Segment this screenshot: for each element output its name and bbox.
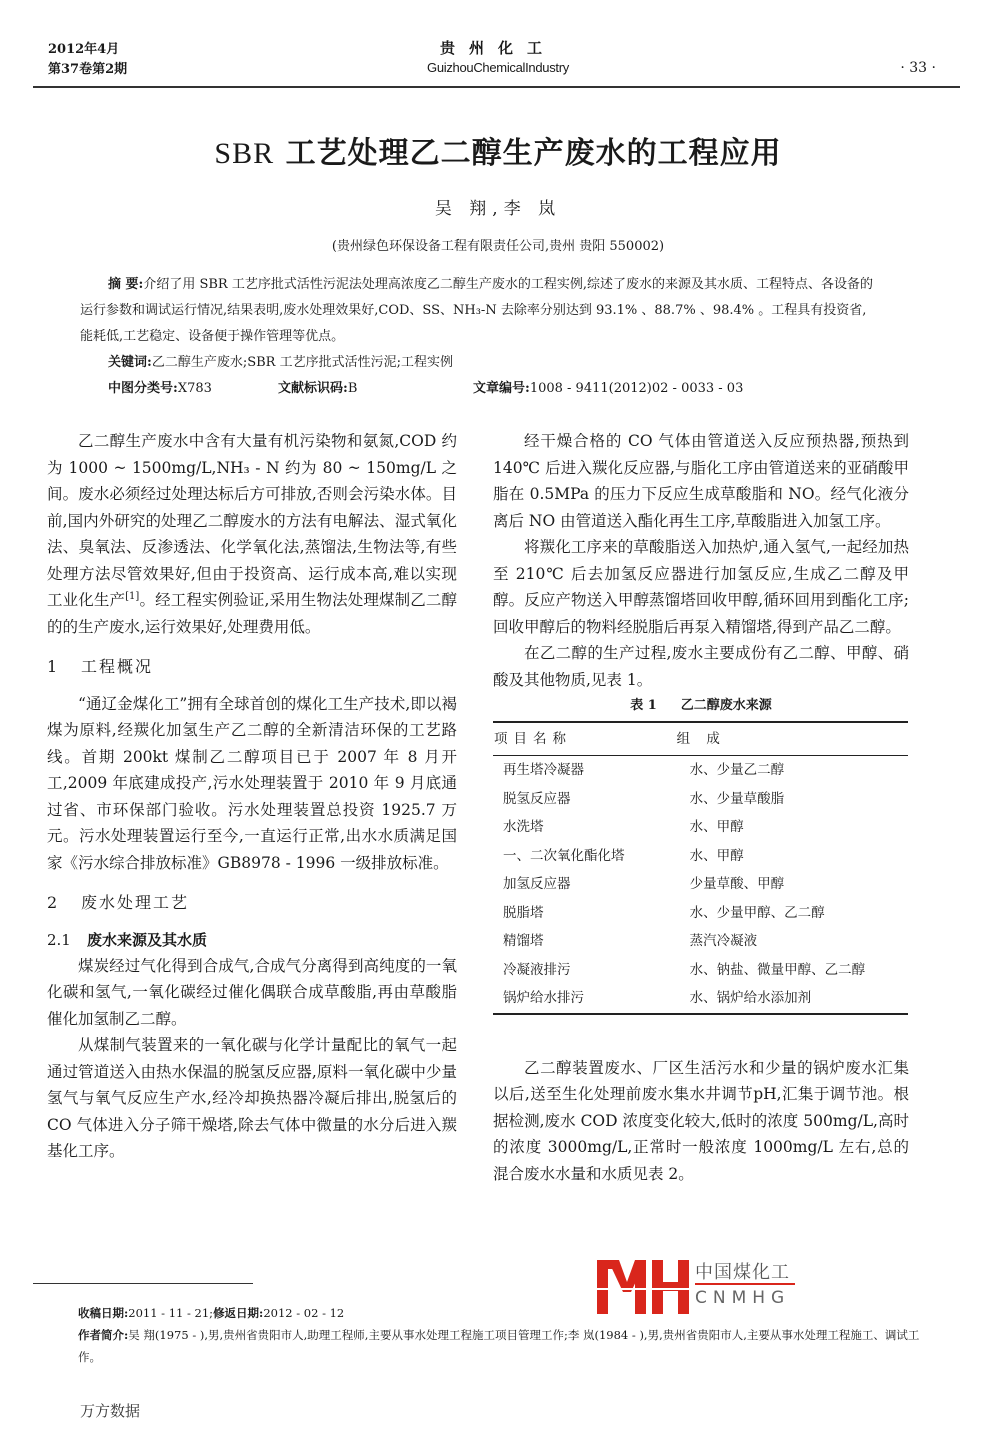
doc-code: 文献标识码:B [278, 376, 473, 402]
table-cell: 水、钠盐、微量甲醇、乙二醇 [676, 956, 908, 985]
table-cell: 少量草酸、甲醇 [676, 870, 908, 899]
revised-label: 修返日期: [213, 1306, 263, 1320]
right-paragraph-3: 在乙二醇的生产过程,废水主要成份有乙二醇、甲醇、硝酸及其他物质,见表 1。 [493, 640, 909, 693]
watermark-name-cn: 中国煤化工 [695, 1258, 790, 1284]
left-column: 乙二醇生产废水中含有大量有机污染物和氨氮,COD 约为 1000 ~ 1500m… [47, 428, 457, 1165]
table-cell: 精馏塔 [493, 927, 676, 956]
section21-paragraph-1: 煤炭经过气化得到合成气,合成气分离得到高纯度的一氧化碳和氢气,一氧化碳经过催化偶… [47, 953, 457, 1033]
table-cell: 脱脂塔 [493, 899, 676, 928]
journal-name-cn: 贵州化工 [0, 38, 996, 58]
table-cell: 锅炉给水排污 [493, 984, 676, 1014]
section-number: 1 [47, 654, 81, 681]
received-label: 收稿日期: [78, 1306, 128, 1320]
abstract: 摘 要:介绍了用 SBR 工艺序批式活性污泥法处理高浓度乙二醇生产废水的工程实例… [80, 272, 876, 350]
keywords-label: 关键词: [108, 355, 152, 370]
table-row: 一、二次氧化酯化塔水、甲醇 [493, 842, 908, 871]
title-cn: 工艺处理乙二醇生产废水的工程应用 [274, 136, 781, 171]
revised-date: 2012 - 02 - 12 [263, 1306, 344, 1320]
running-header-center: 贵州化工 GuizhouChemicalIndustry [0, 38, 996, 78]
dates-line: 收稿日期:2011 - 11 - 21;修返日期:2012 - 02 - 12 [78, 1302, 938, 1324]
right-paragraph-1: 经干燥合格的 CO 气体由管道送入反应预热器,预热到 140℃ 后进入羰化反应器… [493, 428, 909, 534]
table-cell: 水、少量乙二醇 [676, 756, 908, 785]
author-bio: 作者简介:吴 翔(1975 - ),男,贵州省贵阳市人,助理工程师,主要从事水处… [78, 1324, 938, 1368]
table-cell: 再生塔冷凝器 [493, 756, 676, 785]
table-caption: 表 1乙二醇废水来源 [493, 695, 909, 717]
table-row: 水洗塔水、甲醇 [493, 813, 908, 842]
keywords: 关键词:乙二醇生产废水;SBR 工艺序批式活性污泥;工程实例 [80, 350, 876, 376]
table-cell: 加氢反应器 [493, 870, 676, 899]
doc-code-value: B [348, 381, 358, 396]
section-heading-2: 2废水处理工艺 [47, 890, 457, 917]
article-number: 文章编号:1008 - 9411(2012)02 - 0033 - 03 [473, 376, 743, 402]
keywords-text: 乙二醇生产废水;SBR 工艺序批式活性污泥;工程实例 [152, 355, 453, 370]
section-title: 工程概况 [81, 657, 153, 676]
abstract-label: 摘 要: [108, 277, 143, 292]
source-watermark: 万方数据 [80, 1400, 140, 1421]
column-header: 组 成 [676, 722, 908, 756]
article-no-label: 文章编号: [473, 381, 530, 396]
section-heading-1: 1工程概况 [47, 654, 457, 681]
clc-label: 中图分类号: [108, 381, 178, 396]
table-cell: 水洗塔 [493, 813, 676, 842]
table-cell: 脱氢反应器 [493, 785, 676, 814]
section-number: 2 [47, 890, 81, 917]
affiliation: (贵州绿色环保设备工程有限责任公司,贵州 贵阳 550002) [0, 235, 996, 254]
classification-row: 中图分类号:X783 文献标识码:B 文章编号:1008 - 9411(2012… [80, 376, 876, 402]
table-cell: 水、少量草酸脂 [676, 785, 908, 814]
subsection-title: 废水来源及其水质 [87, 931, 207, 949]
table-cell: 冷凝液排污 [493, 956, 676, 985]
table-row: 脱脂塔水、少量甲醇、乙二醇 [493, 899, 908, 928]
column-header: 项目名称 [493, 722, 676, 756]
footnote-rule [33, 1283, 253, 1284]
article-no-value: 1008 - 9411(2012)02 - 0033 - 03 [530, 381, 744, 396]
table-row: 锅炉给水排污水、锅炉给水添加剂 [493, 984, 908, 1014]
right-paragraph-2: 将羰化工序来的草酸脂送入加热炉,通入氢气,一起经加热至 210℃ 后去加氢反应器… [493, 534, 909, 640]
table-cell: 水、甲醇 [676, 813, 908, 842]
table-row: 加氢反应器少量草酸、甲醇 [493, 870, 908, 899]
authors: 吴 翔,李 岚 [0, 194, 996, 219]
header-rule [33, 86, 960, 88]
table-cell: 一、二次氧化酯化塔 [493, 842, 676, 871]
table-header-row: 项目名称 组 成 [493, 722, 908, 756]
table-row: 冷凝液排污水、钠盐、微量甲醇、乙二醇 [493, 956, 908, 985]
bio-text: 吴 翔(1975 - ),男,贵州省贵阳市人,助理工程师,主要从事水处理工程施工… [78, 1328, 919, 1364]
journal-name-en: GuizhouChemicalIndustry [0, 58, 996, 78]
intro-paragraph: 乙二醇生产废水中含有大量有机污染物和氨氮,COD 约为 1000 ~ 1500m… [47, 428, 457, 640]
table-row: 再生塔冷凝器水、少量乙二醇 [493, 756, 908, 785]
intro-text: 乙二醇生产废水中含有大量有机污染物和氨氮,COD 约为 1000 ~ 1500m… [47, 432, 457, 609]
citation-ref[interactable]: [1] [125, 591, 139, 602]
abstract-block: 摘 要:介绍了用 SBR 工艺序批式活性污泥法处理高浓度乙二醇生产废水的工程实例… [80, 272, 876, 402]
subsection-number: 2.1 [47, 927, 87, 953]
table-cell: 水、锅炉给水添加剂 [676, 984, 908, 1014]
watermark-divider [695, 1283, 795, 1285]
section1-paragraph: “通辽金煤化工”拥有全球首创的煤化工生产技术,即以褐煤为原料,经羰化加氢生产乙二… [47, 691, 457, 877]
table-cell: 蒸汽冷凝液 [676, 927, 908, 956]
bio-label: 作者简介: [78, 1328, 128, 1342]
clc: 中图分类号:X783 [108, 376, 278, 402]
table-cell: 水、甲醇 [676, 842, 908, 871]
abstract-text: 介绍了用 SBR 工艺序批式活性污泥法处理高浓度乙二醇生产废水的工程实例,综述了… [80, 277, 873, 344]
table-number: 表 1 [630, 698, 657, 713]
title-latin: SBR [214, 137, 274, 170]
table-title: 乙二醇废水来源 [681, 698, 772, 713]
doc-code-label: 文献标识码: [278, 381, 348, 396]
section21-paragraph-2: 从煤制气装置来的一氧化碳与化学计量配比的氧气一起通过管道送入由热水保温的脱氢反应… [47, 1032, 457, 1165]
table-row: 脱氢反应器水、少量草酸脂 [493, 785, 908, 814]
table-row: 精馏塔蒸汽冷凝液 [493, 927, 908, 956]
subsection-heading-2-1: 2.1废水来源及其水质 [47, 927, 457, 953]
footnotes: 收稿日期:2011 - 11 - 21;修返日期:2012 - 02 - 12 … [78, 1302, 938, 1368]
article-title: SBR 工艺处理乙二醇生产废水的工程应用 [0, 128, 996, 172]
received-date: 2011 - 11 - 21; [128, 1306, 213, 1320]
section-title: 废水处理工艺 [81, 893, 189, 912]
page-number: · 33 · [900, 60, 936, 76]
table-cell: 水、少量甲醇、乙二醇 [676, 899, 908, 928]
clc-value: X783 [178, 381, 212, 396]
right-column: 经干燥合格的 CO 气体由管道送入反应预热器,预热到 140℃ 后进入羰化反应器… [493, 428, 909, 1187]
right-paragraph-4: 乙二醇装置废水、厂区生活污水和少量的锅炉废水汇集以后,送至生化处理前废水集水井调… [493, 1055, 909, 1188]
table-wastewater-sources: 项目名称 组 成 再生塔冷凝器水、少量乙二醇 脱氢反应器水、少量草酸脂 水洗塔水… [493, 721, 908, 1015]
